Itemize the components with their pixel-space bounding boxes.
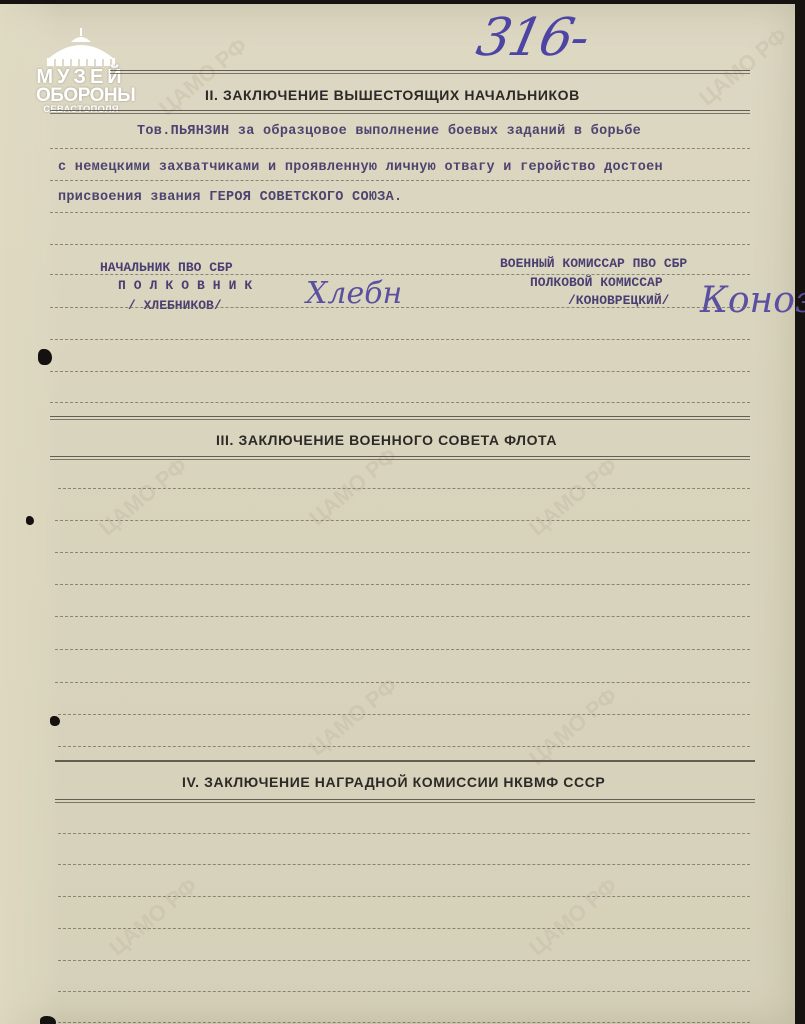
divider bbox=[50, 456, 750, 460]
watermark: ЦАМО РФ bbox=[524, 683, 622, 771]
recommendation-line-3: присвоения звания ГЕРОЯ СОВЕТСКОГО СОЮЗА… bbox=[58, 190, 402, 205]
divider bbox=[55, 799, 755, 803]
ruled-line bbox=[55, 552, 750, 553]
ruled-line bbox=[58, 1022, 750, 1023]
ruled-line bbox=[50, 402, 750, 403]
ruled-line bbox=[55, 649, 750, 650]
logo-line-2: ОБОРОНЫ bbox=[36, 86, 126, 105]
ruled-line bbox=[58, 960, 750, 961]
binding-hole bbox=[40, 1016, 56, 1024]
ruled-line bbox=[50, 180, 750, 181]
section-3-title: III. ЗАКЛЮЧЕНИЕ ВОЕННОГО СОВЕТА ФЛОТА bbox=[216, 432, 557, 448]
divider bbox=[50, 110, 750, 114]
binding-hole bbox=[38, 349, 52, 365]
ruled-line bbox=[50, 371, 750, 372]
ruled-line bbox=[58, 896, 750, 897]
ruled-line bbox=[55, 584, 750, 585]
signature-left: Хлебн bbox=[306, 276, 402, 311]
signature-right: Коноз bbox=[700, 280, 805, 321]
ruled-line bbox=[50, 212, 750, 213]
divider bbox=[50, 416, 750, 420]
divider bbox=[110, 70, 750, 74]
section-4-title: IV. ЗАКЛЮЧЕНИЕ НАГРАДНОЙ КОМИССИИ НКВМФ … bbox=[182, 774, 605, 790]
ruled-line bbox=[58, 833, 750, 834]
watermark: ЦАМО РФ bbox=[524, 873, 622, 961]
signatory-right-rank: ПОЛКОВОЙ КОМИССАР bbox=[530, 275, 663, 290]
signatory-left-rank: ПОЛКОВНИК bbox=[118, 278, 260, 293]
ruled-line bbox=[50, 244, 750, 245]
watermark: ЦАМО РФ bbox=[304, 673, 402, 761]
binding-hole bbox=[26, 516, 34, 525]
signatory-right-position: ВОЕННЫЙ КОМИССАР ПВО СБР bbox=[500, 256, 687, 271]
section-2-title: II. ЗАКЛЮЧЕНИЕ ВЫШЕСТОЯЩИХ НАЧАЛЬНИКОВ bbox=[205, 87, 580, 103]
watermark: ЦАМО РФ bbox=[104, 873, 202, 961]
ruled-line bbox=[55, 520, 750, 521]
recommendation-line-1: Тов.ПЬЯНЗИН за образцовое выполнение бое… bbox=[137, 124, 641, 139]
ruled-line bbox=[58, 991, 750, 992]
watermark: ЦАМО РФ bbox=[154, 33, 252, 121]
ruled-line bbox=[55, 616, 750, 617]
signatory-right-name: /КОНОВРЕЦКИЙ/ bbox=[568, 293, 669, 308]
document-page: ЦАМО РФ ЦАМО РФ ЦАМО РФ ЦАМО РФ ЦАМО РФ … bbox=[0, 4, 795, 1024]
ruled-line bbox=[58, 488, 750, 489]
ruled-line bbox=[50, 307, 750, 308]
ruled-line bbox=[50, 274, 750, 275]
ruled-line bbox=[58, 864, 750, 865]
divider bbox=[55, 760, 755, 762]
ruled-line bbox=[55, 682, 750, 683]
museum-logo: МУЗЕЙ ОБОРОНЫ СЕВАСТОПОЛЯ bbox=[36, 28, 126, 123]
ruled-line bbox=[58, 746, 750, 747]
ruled-line bbox=[58, 714, 750, 715]
ruled-line bbox=[50, 339, 750, 340]
watermark: ЦАМО РФ bbox=[694, 23, 792, 111]
signatory-left-name: / ХЛЕБНИКОВ/ bbox=[128, 298, 222, 313]
dome-icon bbox=[41, 28, 121, 68]
ruled-line bbox=[58, 928, 750, 929]
archive-number: 316- bbox=[472, 8, 594, 68]
watermark: ЦАМО РФ bbox=[524, 453, 622, 541]
ruled-line bbox=[50, 148, 750, 149]
watermark: ЦАМО РФ bbox=[94, 453, 192, 541]
recommendation-line-2: с немецкими захватчиками и проявленную л… bbox=[58, 160, 663, 175]
signatory-left-position: НАЧАЛЬНИК ПВО СБР bbox=[100, 260, 233, 275]
binding-hole bbox=[50, 716, 60, 726]
